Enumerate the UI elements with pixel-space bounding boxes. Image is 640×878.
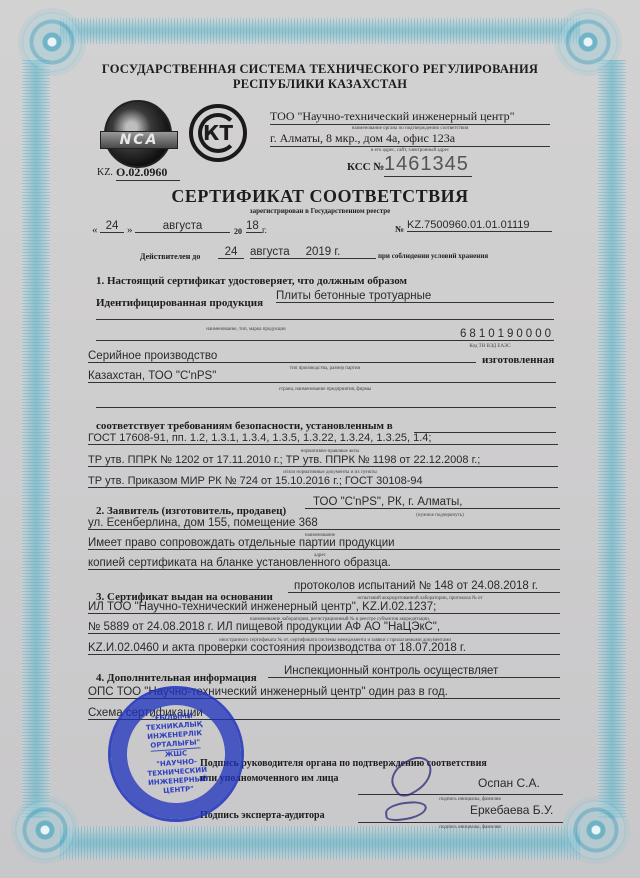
reg-year-prefix: 20 [234, 227, 242, 236]
info-text-1: Инспекционный контроль осуществляет [268, 665, 498, 677]
kt-logo-mark: КТ [198, 113, 238, 153]
reg-day: 24 [100, 220, 124, 233]
note-line-1: Имеет право сопровождать отдельные парти… [88, 537, 560, 550]
bottom-border-ornament [60, 826, 580, 860]
section4-heading: 4. Дополнительная информация [96, 672, 257, 684]
maker-value: Казахстан, ТОО "C'nPS" [88, 370, 556, 383]
norm-line-3: ТР утв. Приказом МИР РК № 724 от 15.10.2… [88, 475, 558, 488]
official-stamp: "ҒЫЛЫМИ- ТЕХНИКАЛЫҚ ИНЖЕНЕРЛІК ОРТАЛЫҒЫ"… [103, 681, 248, 826]
basis-line-4: KZ.И.02.0460 и акта проверки состояния п… [88, 642, 560, 655]
expert-name: Еркебаева Б.У. [470, 803, 553, 817]
rosette-icon [15, 800, 75, 860]
norm-line-2: ТР утв. ППРК № 1202 от 17.11.2010 г.; ТР… [88, 454, 558, 467]
head-name: Оспан С.А. [478, 776, 540, 790]
left-border-ornament [22, 60, 50, 818]
valid-year: 2019 г. [306, 246, 341, 258]
reg-year-suffix: г. [262, 225, 267, 235]
expert-caption: подпись инициалы, фамилия [420, 825, 520, 830]
expert-signature-label: Подпись эксперта-аудитора [200, 810, 325, 821]
valid-day: 24 [218, 246, 244, 259]
kcc-number: 1461345 [384, 153, 472, 177]
header-title-line2: РЕСПУБЛИКИ КАЗАХСТАН [0, 77, 640, 92]
basis-line-2: ИЛ ТОО "Научно-технический инженерный це… [88, 601, 560, 614]
norm-line-1: ГОСТ 17608-91, пп. 1.2, 1.3.1, 1.3.4, 1.… [88, 432, 558, 445]
org-name: ТОО "Научно-технический инженерный центр… [270, 109, 550, 125]
product-code: 6810190000 [96, 328, 554, 341]
applicant-text: ТОО "C'nPS", РК, г. Алматы, [305, 496, 462, 508]
kz-prefix: KZ. [97, 167, 113, 178]
stamp-text: ЦЕНТР" [163, 785, 194, 796]
basis-line-1: протоколов испытаний № 148 от 24.08.2018… [288, 580, 560, 593]
code-caption: Код ТН ВЭД ЕАЭС [430, 344, 550, 349]
cert-number: KZ.7500960.01.01.01119 [407, 219, 552, 232]
section2-heading: 2. Заявитель (изготовитель, продавец) [96, 505, 286, 517]
rosette-icon [566, 800, 626, 860]
certificate-subtitle: зарегистрирован в Государственном реестр… [0, 207, 640, 215]
org-address: г. Алматы, 8 мкр., дом 4а, офис 123а [270, 131, 550, 147]
maker-caption: страна, наименование предприятия, фирмы [200, 387, 450, 392]
basis-text-1: протоколов испытаний № 148 от 24.08.2018… [288, 580, 538, 592]
kcc-label: КСС № [347, 161, 384, 173]
nca-logo: NCA [100, 131, 178, 149]
kz-number: O.02.0960 [116, 165, 180, 181]
certificate-paper: ГОСУДАРСТВЕННАЯ СИСТЕМА ТЕХНИЧЕСКОГО РЕГ… [0, 0, 640, 878]
basis-line-3: № 5889 от 24.08.2018 г. ИЛ пищевой проду… [88, 621, 560, 634]
valid-date: августа 2019 г. [250, 246, 376, 259]
reg-month: августа [135, 220, 230, 233]
valid-condition: при соблюдении условий хранения [378, 252, 488, 260]
made-label: изготовленная [482, 354, 554, 366]
section1-heading: 1. Настоящий сертификат удостоверяет, чт… [96, 275, 407, 287]
certificate-title: СЕРТИФИКАТ СООТВЕТСТВИЯ [0, 186, 640, 207]
head-caption: подпись инициалы, фамилия [420, 797, 520, 802]
kt-logo-icon: КТ [189, 104, 247, 162]
top-border-ornament [60, 18, 580, 44]
right-border-ornament [598, 60, 626, 818]
maker-line-2 [96, 393, 556, 408]
product-value: Плиты бетонные тротуарные [276, 290, 554, 303]
valid-until-label: Действителен до [140, 252, 200, 261]
info-line-1: Инспекционный контроль осуществляет [268, 665, 560, 678]
applicant-value: ТОО "C'nPS", РК, г. Алматы, [305, 496, 560, 509]
cert-number-label: № [395, 224, 404, 234]
valid-month: августа [250, 246, 290, 258]
product-line-2 [96, 307, 554, 320]
production-type: Серийное производство [88, 350, 476, 363]
reg-year: 18 [246, 220, 262, 233]
applicant-address: ул. Есенберлина, дом 155, помещение 368 [88, 517, 560, 530]
header-title-line1: ГОСУДАРСТВЕННАЯ СИСТЕМА ТЕХНИЧЕСКОГО РЕГ… [0, 62, 640, 77]
note-line-2: копией сертификата на бланке установленн… [88, 557, 560, 570]
complies-label: соответствует требованиям безопасности, … [96, 420, 393, 432]
